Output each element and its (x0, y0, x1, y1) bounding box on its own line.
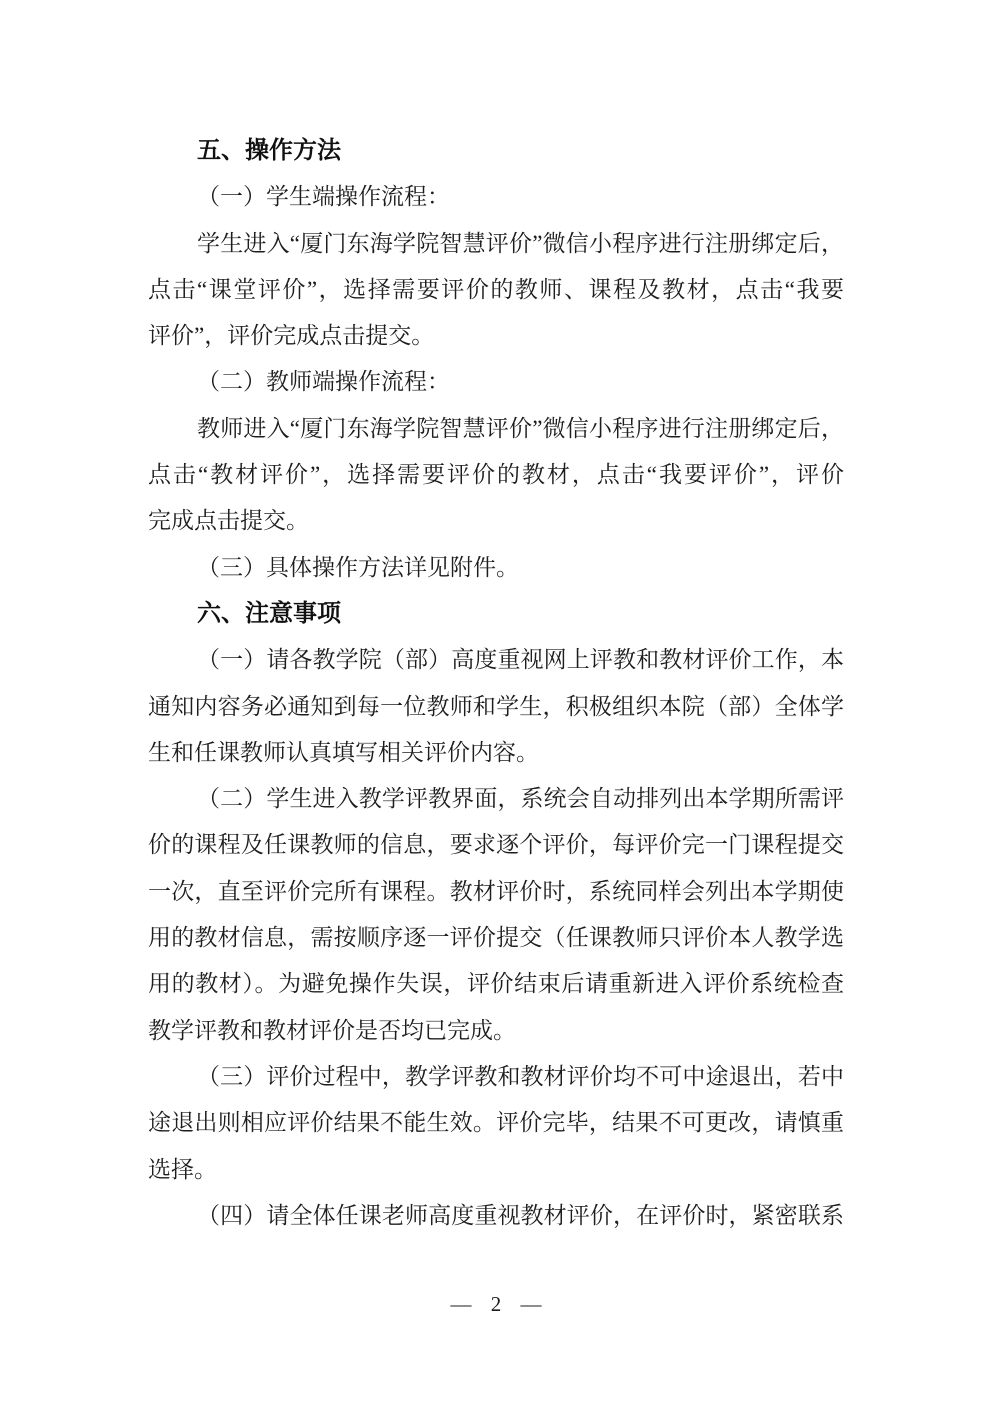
text-line: （二）教师端操作流程： (148, 359, 844, 405)
text-line: 生和任课教师认真填写相关评价内容。 (148, 730, 844, 776)
text-line: 评价”，评价完成点击提交。 (148, 313, 844, 359)
document-body: 五、操作方法（一）学生端操作流程：学生进入“厦门东海学院智慧评价”微信小程序进行… (148, 128, 844, 1239)
text-line: 价的课程及任课教师的信息，要求逐个评价，每评价完一门课程提交 (148, 822, 844, 868)
text-line: 点击“课堂评价”，选择需要评价的教师、课程及教材，点击“我要 (148, 267, 844, 313)
section-heading: 六、注意事项 (148, 591, 844, 637)
text-line: 教学评教和教材评价是否均已完成。 (148, 1008, 844, 1054)
text-line: （三）评价过程中，教学评教和教材评价均不可中途退出，若中 (148, 1054, 844, 1100)
document-page: 五、操作方法（一）学生端操作流程：学生进入“厦门东海学院智慧评价”微信小程序进行… (0, 0, 992, 1403)
section-heading: 五、操作方法 (148, 128, 844, 174)
text-line: （二）学生进入教学评教界面，系统会自动排列出本学期所需评 (148, 776, 844, 822)
text-line: 通知内容务必通知到每一位教师和学生，积极组织本院（部）全体学 (148, 684, 844, 730)
text-line: 一次，直至评价完所有课程。教材评价时，系统同样会列出本学期使 (148, 869, 844, 915)
text-line: 用的教材信息，需按顺序逐一评价提交（任课教师只评价本人教学选 (148, 915, 844, 961)
text-line: 点击“教材评价”，选择需要评价的教材，点击“我要评价”，评价 (148, 452, 844, 498)
text-line: （四）请全体任课老师高度重视教材评价，在评价时，紧密联系 (148, 1193, 844, 1239)
text-line: 途退出则相应评价结果不能生效。评价完毕，结果不可更改，请慎重 (148, 1100, 844, 1146)
page-number: — 2 — (0, 1292, 992, 1317)
text-line: 完成点击提交。 (148, 498, 844, 544)
text-line: （一）请各教学院（部）高度重视网上评教和教材评价工作，本 (148, 637, 844, 683)
text-line: 学生进入“厦门东海学院智慧评价”微信小程序进行注册绑定后， (148, 221, 844, 267)
text-line: 选择。 (148, 1147, 844, 1193)
text-line: （三）具体操作方法详见附件。 (148, 545, 844, 591)
text-line: 教师进入“厦门东海学院智慧评价”微信小程序进行注册绑定后， (148, 406, 844, 452)
text-line: （一）学生端操作流程： (148, 174, 844, 220)
text-line: 用的教材）。为避免操作失误，评价结束后请重新进入评价系统检查 (148, 961, 844, 1007)
